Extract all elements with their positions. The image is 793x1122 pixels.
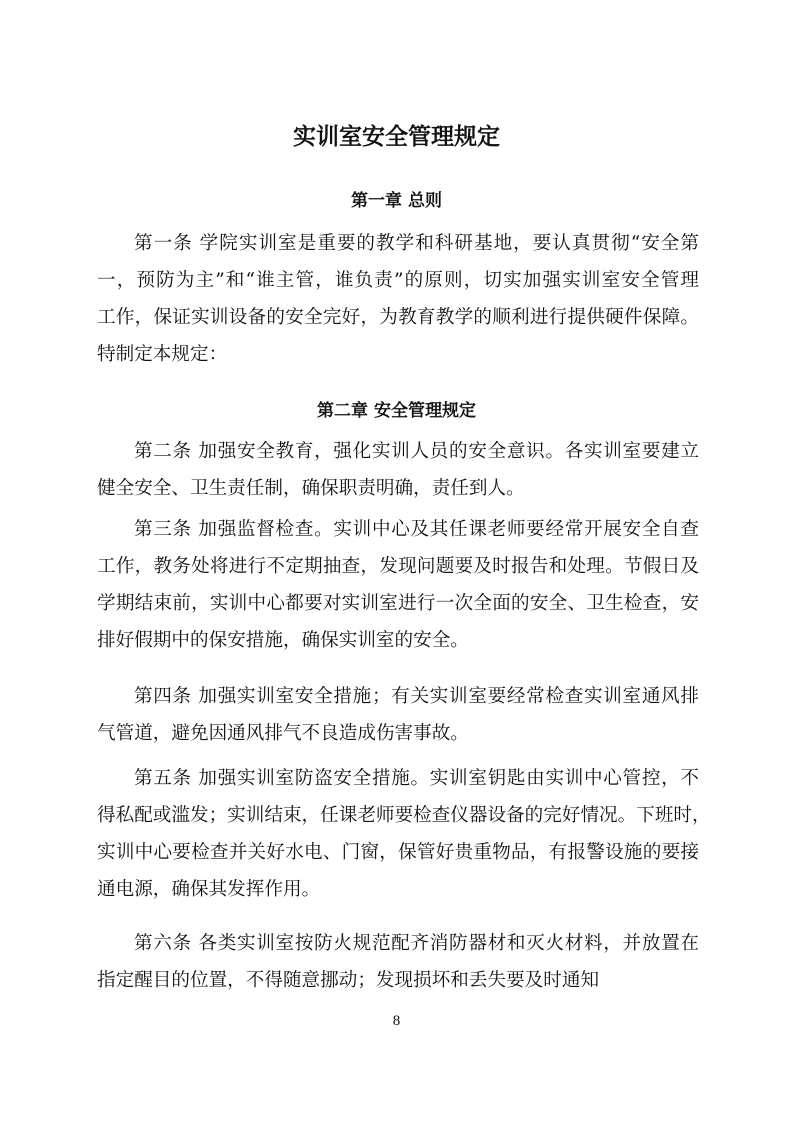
paragraph-line: 特制定本规定： <box>97 343 699 367</box>
document-page: 实训室安全管理规定 第一章 总则 第一条 学院实训室是重要的教学和科研基地，要认… <box>0 0 793 1122</box>
paragraph-line: 气管道，避免因通风排气不良造成伤害事故。 <box>97 722 699 746</box>
paragraph-line: 得私配或滥发；实训结束，任课老师要检查仪器设备的完好情况。下班时， <box>97 804 699 828</box>
paragraph-line: 第四条 加强实训室安全措施；有关实训室要经常检查实训室通风排 <box>134 685 699 709</box>
page-number: 8 <box>0 1013 793 1030</box>
paragraph-line: 一，预防为主”和“谁主管，谁负责”的原则，切实加强实训室安全管理 <box>97 269 699 293</box>
chapter-heading-1: 第一章 总则 <box>0 186 793 211</box>
paragraph-line: 工作，保证实训设备的安全完好，为教育教学的顺利进行提供硬件保障。 <box>97 306 699 330</box>
chapter-heading-2: 第二章 安全管理规定 <box>0 396 793 421</box>
paragraph-line: 实训中心要检查并关好水电、门窗，保管好贵重物品，有报警设施的要接 <box>97 841 699 865</box>
paragraph-line: 指定醒目的位置，不得随意挪动；发现损坏和丢失要及时通知 <box>97 969 699 993</box>
document-title: 实训室安全管理规定 <box>0 118 793 151</box>
paragraph-line: 第五条 加强实训室防盗安全措施。实训室钥匙由实训中心管控，不 <box>134 767 699 791</box>
paragraph-line: 工作，教务处将进行不定期抽查，发现问题要及时报告和处理。节假日及 <box>97 555 699 579</box>
paragraph-line: 排好假期中的保安措施，确保实训室的安全。 <box>97 629 699 653</box>
paragraph-line: 第六条 各类实训室按防火规范配齐消防器材和灭火材料，并放置在 <box>134 932 699 956</box>
paragraph-line: 学期结束前，实训中心都要对实训室进行一次全面的安全、卫生检查，安 <box>97 592 699 616</box>
paragraph-line: 健全安全、卫生责任制，确保职责明确，责任到人。 <box>97 477 699 501</box>
paragraph-line: 第二条 加强安全教育，强化实训人员的安全意识。各实训室要建立 <box>134 440 699 464</box>
paragraph-line: 第一条 学院实训室是重要的教学和科研基地，要认真贯彻“安全第 <box>134 232 699 256</box>
paragraph-line: 通电源，确保其发挥作用。 <box>97 878 699 902</box>
paragraph-line: 第三条 加强监督检查。实训中心及其任课老师要经常开展安全自查 <box>134 518 699 542</box>
